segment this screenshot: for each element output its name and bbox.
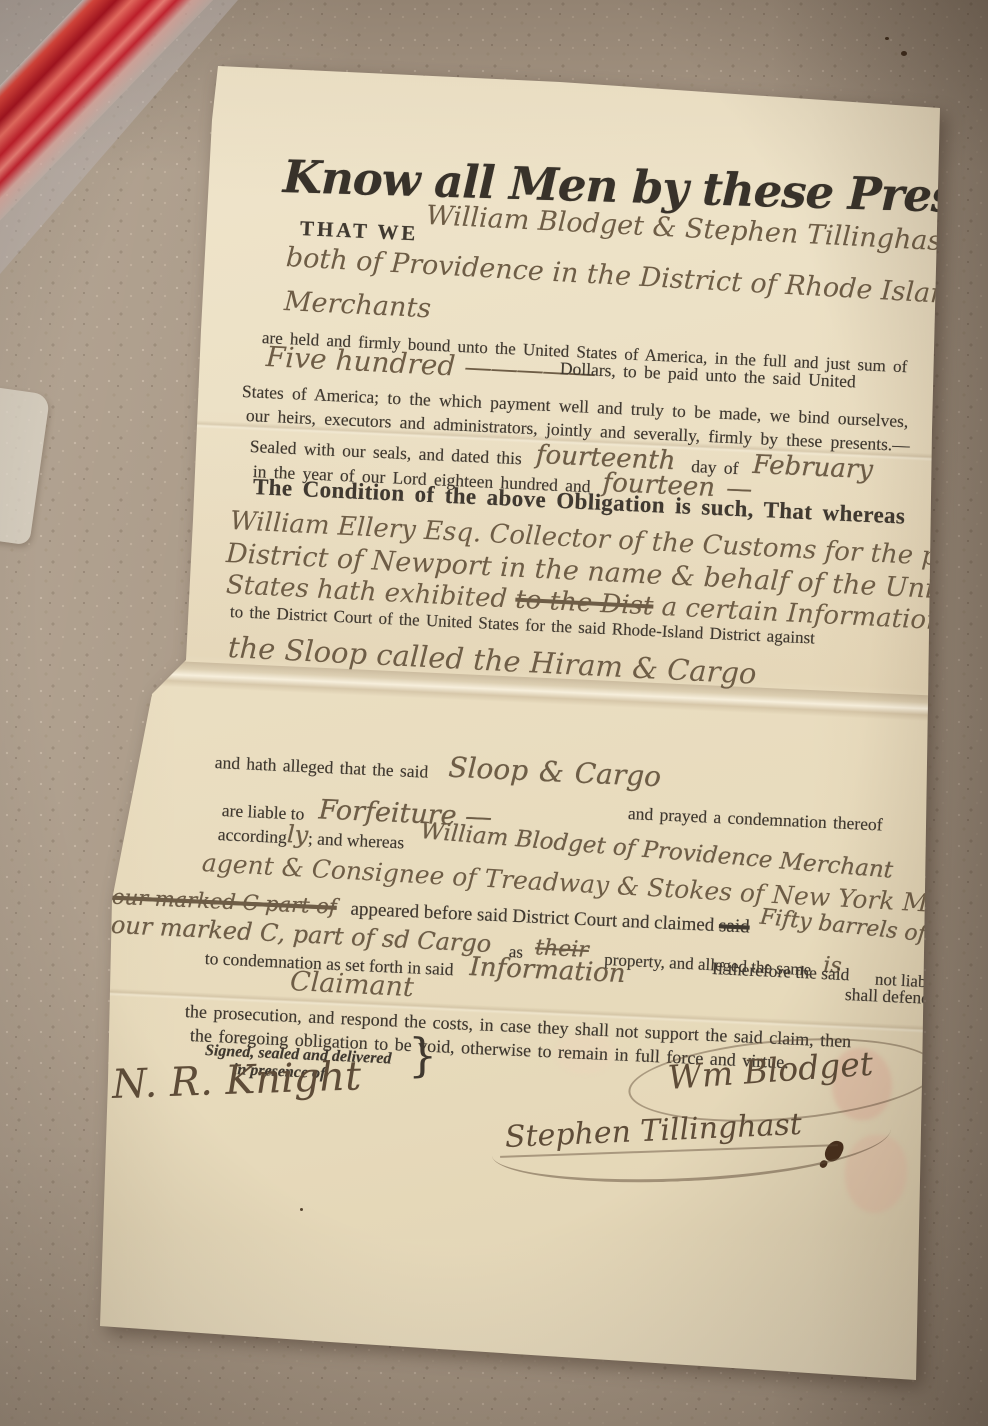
- handwritten-month: February: [752, 450, 874, 485]
- printed-and-whereas: ; and whereas: [308, 828, 405, 852]
- printed-that-we: THAT WE: [299, 216, 418, 246]
- handwritten-merchants: Merchants: [283, 286, 432, 324]
- handwritten-ly: ly: [286, 820, 308, 849]
- printed-said-struck: said: [719, 915, 751, 937]
- printed-shall-defend: shall defend: [845, 984, 931, 1009]
- printed-according-text: according: [217, 824, 287, 847]
- handwritten-sloop-cargo: Sloop & Cargo: [448, 751, 662, 794]
- signature-witness: N. R. Knight: [111, 1053, 362, 1108]
- handwritten-information: Information: [469, 952, 626, 989]
- paper-speck: [300, 1208, 303, 1211]
- paper-document: Know all Men by these Presents, THAT WE …: [0, 0, 988, 1426]
- brace-glyph: }: [408, 1028, 437, 1082]
- printed-alleged-text: and hath alleged that the said: [214, 752, 428, 782]
- handwritten-claimant-word: Claimant: [289, 966, 414, 1003]
- printed-alleged-line: and hath alleged that the saidSloop & Ca…: [214, 742, 661, 795]
- photo-of-document: Know all Men by these Presents, THAT WE …: [0, 0, 988, 1426]
- printed-prayed: and prayed a condemnation thereof: [628, 803, 884, 836]
